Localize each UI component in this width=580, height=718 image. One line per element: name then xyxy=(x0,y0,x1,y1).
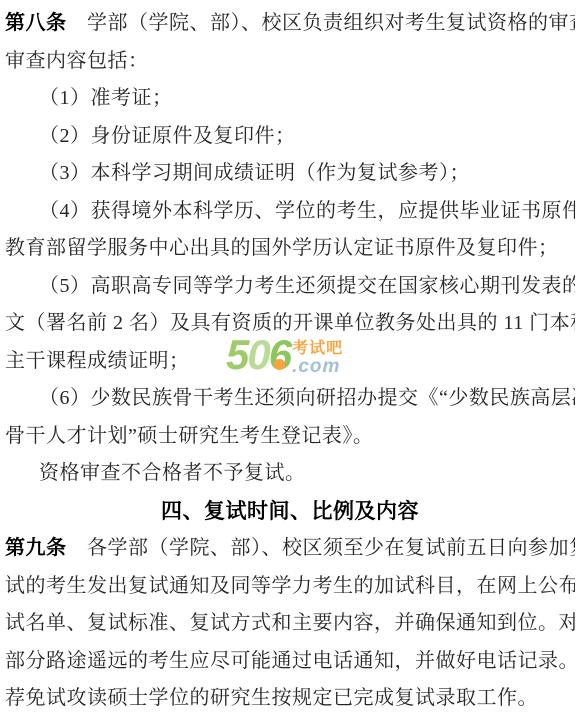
list-item-3: （3）本科学习期间成绩证明（作为复试参考）； xyxy=(5,155,575,193)
list-item-1: （1）准考证； xyxy=(5,80,575,118)
doc-line: 文（署名前 2 名）及具有资质的开课单位教务处出具的 11 门本科 xyxy=(5,305,575,343)
doc-line: 骨干人才计划”硕士研究生考生登记表》。 xyxy=(5,418,575,456)
article-9-line: 第九条 各学部（学院、部）、校区须至少在复试前五日向参加复 xyxy=(5,530,575,568)
doc-line: 荐免试攻读硕士学位的研究生按规定已完成复试录取工作。 xyxy=(5,680,575,718)
article-9-number: 第九条 xyxy=(5,537,67,559)
doc-line: 教育部留学服务中心出具的国外学历认定证书原件及复印件； xyxy=(5,230,575,268)
doc-line: 试的考生发出复试通知及同等学力考生的加试科目，在网上公布复 xyxy=(5,568,575,606)
doc-line: 资格审查不合格者不予复试。 xyxy=(5,455,575,493)
list-item-6: （6）少数民族骨干考生还须向研招办提交《“少数民族高层次 xyxy=(5,380,575,418)
document-body: 第八条 学部（学院、部）、校区负责组织对考生复试资格的审查， 审查内容包括： （… xyxy=(0,0,580,718)
doc-line: 试名单、复试标准、复试方式和主要内容，并确保通知到位。对于 xyxy=(5,605,575,643)
document-page: 506 考试吧 .com 第八条 学部（学院、部）、校区负责组织对考生复试资格的… xyxy=(0,0,580,718)
article-8-text: 学部（学院、部）、校区负责组织对考生复试资格的审查， xyxy=(67,12,576,34)
doc-line: 主干课程成绩证明； xyxy=(5,343,575,381)
list-item-4: （4）获得境外本科学历、学位的考生，应提供毕业证书原件和 xyxy=(5,193,575,231)
article-8-line: 第八条 学部（学院、部）、校区负责组织对考生复试资格的审查， xyxy=(5,5,575,43)
doc-line: 部分路途遥远的考生应尽可能通过电话通知，并做好电话记录。推 xyxy=(5,643,575,681)
list-item-2: （2）身份证原件及复印件； xyxy=(5,118,575,156)
article-8-number: 第八条 xyxy=(5,12,67,34)
section-4-heading: 四、复试时间、比例及内容 xyxy=(5,493,575,531)
list-item-5: （5）高职高专同等学力考生还须提交在国家核心期刊发表的论 xyxy=(5,268,575,306)
article-9-text: 各学部（学院、部）、校区须至少在复试前五日向参加复 xyxy=(67,537,576,559)
doc-line: 审查内容包括： xyxy=(5,43,575,81)
